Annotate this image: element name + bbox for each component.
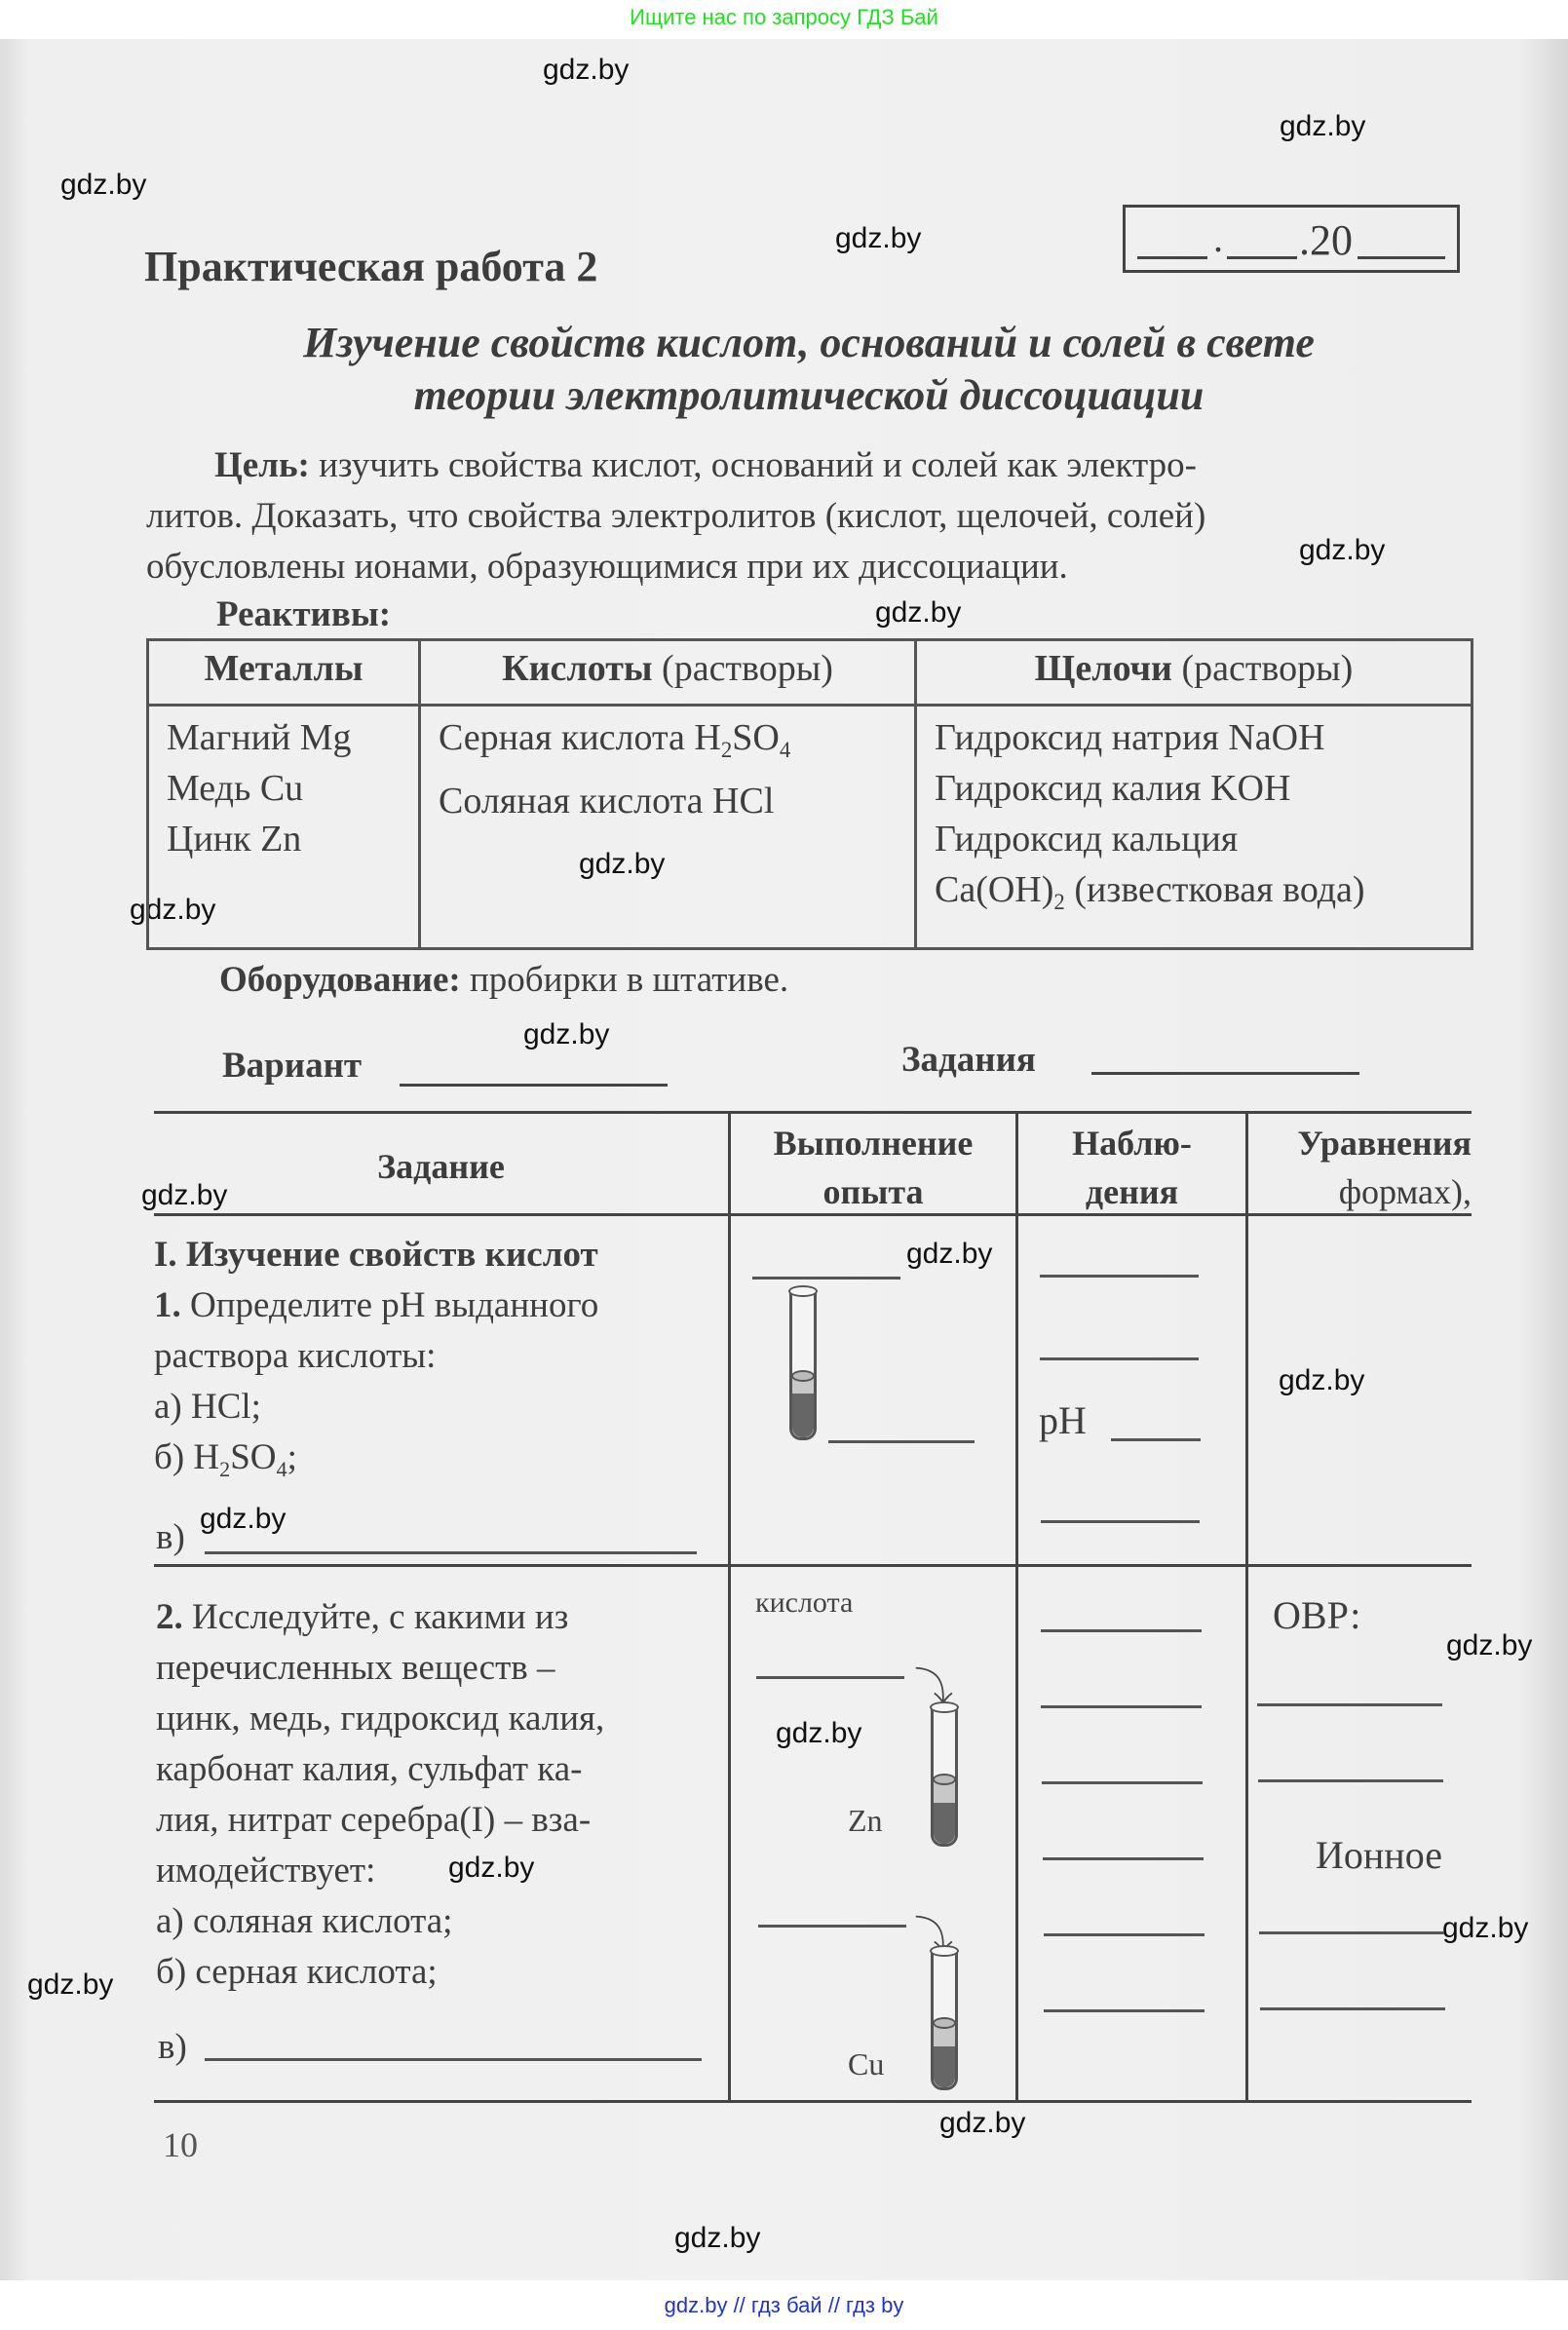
table-bottom-border — [154, 2100, 1472, 2103]
test-tube-icon — [789, 1291, 817, 1440]
cu-label: Cu — [848, 2046, 884, 2082]
watermark: gdz.by — [523, 1018, 609, 1051]
equation-field[interactable] — [1260, 2007, 1445, 2010]
goal-label: Цель: — [214, 445, 310, 485]
observation-field[interactable] — [1044, 2009, 1205, 2012]
equipment-line: Оборудование: пробирки в штативе. — [219, 955, 788, 1006]
metal-item: Магний Mg — [167, 712, 401, 763]
col-divider — [1015, 1111, 1018, 2100]
subtitle: Изучение свойств кислот, оснований и сол… — [156, 317, 1462, 422]
option-b: б) H2SO4; — [154, 1432, 724, 1495]
option-c-field[interactable] — [205, 2058, 702, 2061]
observation-field[interactable] — [1042, 1781, 1203, 1784]
zn-label: Zn — [848, 1803, 883, 1839]
section2-task: 2. Исследуйте, с какими из перечисленных… — [156, 1592, 721, 1998]
page-number: 10 — [163, 2124, 198, 2165]
alkalis-cell: Гидроксид натрия NaOH Гидроксид калия KO… — [916, 706, 1472, 949]
observation-field[interactable] — [1040, 1357, 1199, 1360]
reagents-table: Металлы Кислоты (растворы) Щелочи (раств… — [146, 638, 1473, 950]
section1-task: I. Изучение свойств кислот 1. Определите… — [154, 1230, 724, 1495]
equipment-text: пробирки в штативе. — [461, 960, 788, 1000]
alkali-item: Гидроксид натрия NaOH — [935, 712, 1453, 763]
option-b: б) серная кислота; — [156, 1947, 721, 1998]
subtitle-line-2: теории электролитической диссоциации — [156, 369, 1462, 422]
alkali-item: Гидроксид кальция — [935, 814, 1453, 864]
col-divider — [1245, 1111, 1248, 2100]
ph-label: pH — [1039, 1395, 1087, 1446]
watermark: gdz.by — [200, 1503, 286, 1536]
observation-field[interactable] — [1044, 1933, 1205, 1936]
test-tube-icon — [931, 1707, 958, 1847]
watermark: gdz.by — [1442, 1912, 1528, 1945]
watermark: gdz.by — [906, 1238, 992, 1271]
watermark: gdz.by — [835, 222, 921, 255]
metal-item: Цинк Zn — [167, 814, 401, 864]
observation-field[interactable] — [1040, 1275, 1199, 1278]
col-acids: Кислоты (растворы) — [420, 640, 916, 706]
ionic-label: Ионное — [1316, 1830, 1442, 1881]
option-c-field[interactable] — [205, 1551, 697, 1554]
col-metals: Металлы — [148, 640, 420, 706]
acids-cell: Серная кислота H2SO4 Соляная кислота HCl — [420, 706, 916, 949]
reagent-field[interactable] — [756, 1676, 904, 1679]
watermark: gdz.by — [674, 2222, 760, 2255]
date-field[interactable]: . .20 — [1123, 205, 1460, 273]
alkali-item: Гидроксид калия KOH — [935, 763, 1453, 814]
observation-field[interactable] — [1043, 1857, 1204, 1860]
equation-field[interactable] — [1257, 1703, 1442, 1706]
metals-cell: Магний Mg Медь Cu Цинк Zn — [148, 706, 420, 949]
watermark: gdz.by — [1446, 1629, 1532, 1662]
variant-label: Вариант — [222, 1041, 362, 1091]
watermark: gdz.by — [60, 169, 146, 202]
answer-field[interactable] — [828, 1440, 975, 1443]
metal-item: Медь Cu — [167, 763, 401, 814]
year-blank — [1358, 256, 1445, 259]
variant-field[interactable] — [400, 1084, 668, 1087]
watermark: gdz.by — [1279, 1364, 1364, 1397]
watermark: gdz.by — [1280, 110, 1365, 143]
reagents-label: Реактивы: — [216, 590, 391, 640]
header-task: Задание — [154, 1142, 728, 1191]
section1-title: I. Изучение свойств кислот — [154, 1230, 724, 1280]
equation-field[interactable] — [1258, 1779, 1443, 1782]
subtitle-line-1: Изучение свойств кислот, оснований и сол… — [156, 317, 1462, 369]
goal-paragraph: Цель: изучить свойства кислот, оснований… — [146, 440, 1473, 592]
goal-text-1: изучить свойства кислот, оснований и сол… — [310, 445, 1197, 485]
acid-label: кислота — [755, 1586, 853, 1620]
month-blank — [1227, 256, 1297, 259]
alkali-item: Ca(OH)2 (известковая вода) — [935, 864, 1453, 928]
day-blank — [1137, 256, 1207, 259]
option-a: а) HCl; — [154, 1382, 724, 1432]
row-divider — [154, 1564, 1472, 1567]
equipment-label: Оборудование: — [219, 960, 461, 1000]
tasks-field[interactable] — [1091, 1072, 1359, 1075]
watermark: gdz.by — [939, 2107, 1025, 2140]
option-a: а) соляная кислота; — [156, 1896, 721, 1947]
option-c-label: в) — [158, 2022, 187, 2073]
redox-label: ОВР: — [1273, 1590, 1360, 1641]
top-banner-text: Ищите нас по запросу ГДЗ Бай — [630, 5, 938, 29]
acid-item: Соляная кислота HCl — [439, 776, 897, 826]
ph-field[interactable] — [1111, 1438, 1201, 1441]
goal-text-2: литов. Доказать, что свойства электролит… — [146, 491, 1473, 542]
year-prefix: .20 — [1299, 215, 1353, 265]
observation-field[interactable] — [1041, 1520, 1200, 1523]
reagent-field[interactable] — [758, 1925, 906, 1928]
watermark: gdz.by — [543, 54, 629, 87]
bottom-banner-text[interactable]: gdz.by // гдз бай // гдз by — [665, 2293, 904, 2317]
goal-text-3: обусловлены ионами, образующимися при их… — [146, 542, 1473, 592]
col-divider — [728, 1111, 731, 2100]
table-top-border — [154, 1111, 1472, 1114]
header-observations: Наблю-дения — [1018, 1119, 1245, 1216]
header-execution: Выполнениеопыта — [731, 1119, 1015, 1216]
top-banner: Ищите нас по запросу ГДЗ Бай — [0, 0, 1568, 39]
option-c-label: в) — [156, 1512, 185, 1563]
observation-field[interactable] — [1041, 1705, 1202, 1708]
tasks-label: Задания — [901, 1035, 1036, 1086]
acid-item: Серная кислота H2SO4 — [439, 712, 897, 776]
equation-field[interactable] — [1259, 1931, 1444, 1934]
col-alkalis: Щелочи (растворы) — [916, 640, 1472, 706]
bottom-banner: gdz.by // гдз бай // гдз by — [0, 2280, 1568, 2330]
observation-field[interactable] — [1041, 1629, 1202, 1632]
watermark: gdz.by — [776, 1717, 861, 1750]
watermark: gdz.by — [875, 596, 961, 630]
page-title: Практическая работа 2 — [144, 242, 597, 291]
test-tube-icon — [931, 1951, 958, 2090]
answer-field[interactable] — [752, 1277, 900, 1280]
header-equations: Уравненияформах), — [1248, 1119, 1472, 1216]
watermark: gdz.by — [27, 1968, 113, 2002]
date-dot: . — [1213, 215, 1223, 261]
